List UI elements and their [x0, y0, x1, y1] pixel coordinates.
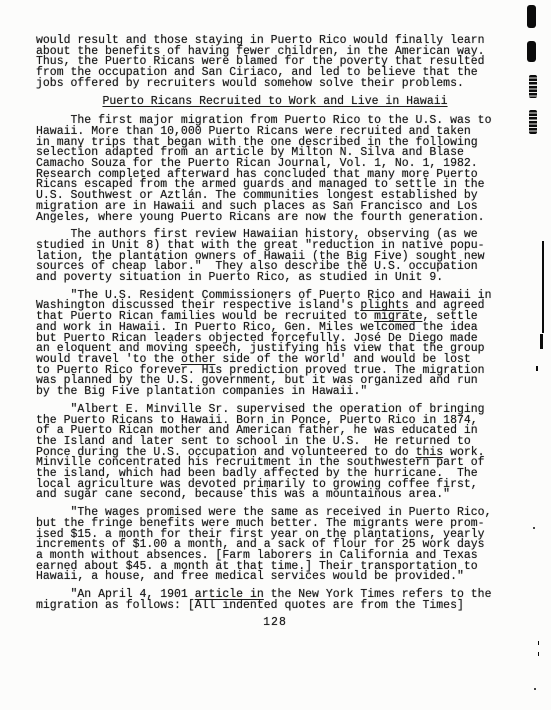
scan-artifact-dot	[538, 641, 539, 645]
scan-artifact-dot	[538, 652, 539, 656]
scan-artifact-line	[542, 241, 544, 333]
scan-artifact-blob	[527, 41, 536, 62]
section-heading: Puerto Ricans Recruited to Work and Live…	[36, 97, 514, 108]
scan-artifact-striped-blob	[529, 110, 537, 134]
scan-artifact-blob	[527, 5, 536, 28]
scan-artifact-dash	[540, 334, 543, 349]
page-number: 128	[36, 618, 514, 629]
scan-artifact-dot	[534, 688, 536, 690]
scan-artifact-mark	[536, 366, 538, 371]
paragraph: "The U.S. Resident Commissioners of Puer…	[36, 291, 514, 398]
document-text-column: would result and those staying in Puerto…	[36, 36, 514, 629]
scan-artifact-dot	[533, 527, 535, 529]
paragraph: "Albert E. Minville Sr. supervised the o…	[36, 405, 514, 501]
paragraph: would result and those staying in Puerto…	[36, 36, 514, 90]
paragraph: The first major migration from Puerto Ri…	[36, 116, 514, 223]
scanned-document-page: would result and those staying in Puerto…	[0, 0, 551, 710]
paragraph: The authors first review Hawaiian histor…	[36, 230, 514, 284]
paragraph: "The wages promised were the same as rec…	[36, 508, 514, 583]
paragraph: "An April 4, 1901 article in the New Yor…	[36, 590, 514, 611]
scan-artifact-striped-blob	[529, 75, 537, 98]
